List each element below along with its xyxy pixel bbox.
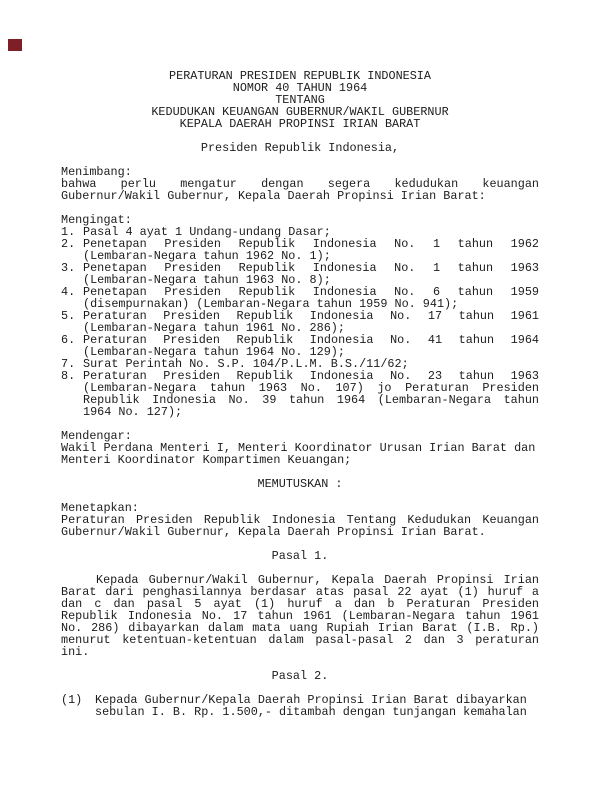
blank-line bbox=[61, 154, 539, 166]
line-text: menurut ketentuan-ketentuan dalam pasal-… bbox=[61, 633, 539, 647]
list-marker: 8. bbox=[61, 370, 75, 382]
line-text: sebulan I. B. Rp. 1.500,- ditambah denga… bbox=[95, 705, 527, 719]
text-line: MEMUTUSKAN : bbox=[61, 478, 539, 490]
line-text: ini. bbox=[61, 645, 89, 659]
line-text: KEPALA DAERAH PROPINSI IRIAN BARAT bbox=[180, 117, 421, 131]
text-line: Presiden Republik Indonesia, bbox=[61, 142, 539, 154]
text-line: menurut ketentuan-ketentuan dalam pasal-… bbox=[61, 634, 539, 646]
red-marker bbox=[8, 39, 22, 51]
list-marker: 2. bbox=[61, 238, 75, 250]
blank-line bbox=[61, 202, 539, 214]
line-text: Gubernur/Wakil Gubernur, Kepala Daerah P… bbox=[61, 525, 486, 539]
line-text: Presiden Republik Indonesia, bbox=[201, 141, 399, 155]
text-line: Pasal 2. bbox=[61, 670, 539, 682]
list-marker: 4. bbox=[61, 286, 75, 298]
text-line: 1964 No. 127); bbox=[61, 406, 539, 418]
line-text: MEMUTUSKAN : bbox=[258, 477, 343, 491]
text-line: sebulan I. B. Rp. 1.500,- ditambah denga… bbox=[61, 706, 539, 718]
text-line: Pasal 1. bbox=[61, 550, 539, 562]
text-line: Gubernur/Wakil Gubernur, Kepala Daerah P… bbox=[61, 526, 539, 538]
line-text: Pasal 1. bbox=[272, 549, 329, 563]
line-text: Menteri Koordinator Kompartimen Keuangan… bbox=[61, 453, 351, 467]
text-line: ini. bbox=[61, 646, 539, 658]
text-line: Menteri Koordinator Kompartimen Keuangan… bbox=[61, 454, 539, 466]
list-marker: 5. bbox=[61, 310, 75, 322]
text-line: KEPALA DAERAH PROPINSI IRIAN BARAT bbox=[61, 118, 539, 130]
document-page: PERATURAN PRESIDEN REPUBLIK INDONESIANOM… bbox=[0, 0, 612, 792]
list-marker: 3. bbox=[61, 262, 75, 274]
list-marker: 6. bbox=[61, 334, 75, 346]
line-text: 1964 No. 127); bbox=[83, 405, 182, 419]
text-column: PERATURAN PRESIDEN REPUBLIK INDONESIANOM… bbox=[61, 70, 539, 718]
list-marker: (1) bbox=[61, 694, 82, 706]
blank-line bbox=[61, 418, 539, 430]
line-text: Gubernur/Wakil Gubernur, Kepala Daerah P… bbox=[61, 189, 486, 203]
text-line: Gubernur/Wakil Gubernur, Kepala Daerah P… bbox=[61, 190, 539, 202]
line-text: Pasal 2. bbox=[272, 669, 329, 683]
